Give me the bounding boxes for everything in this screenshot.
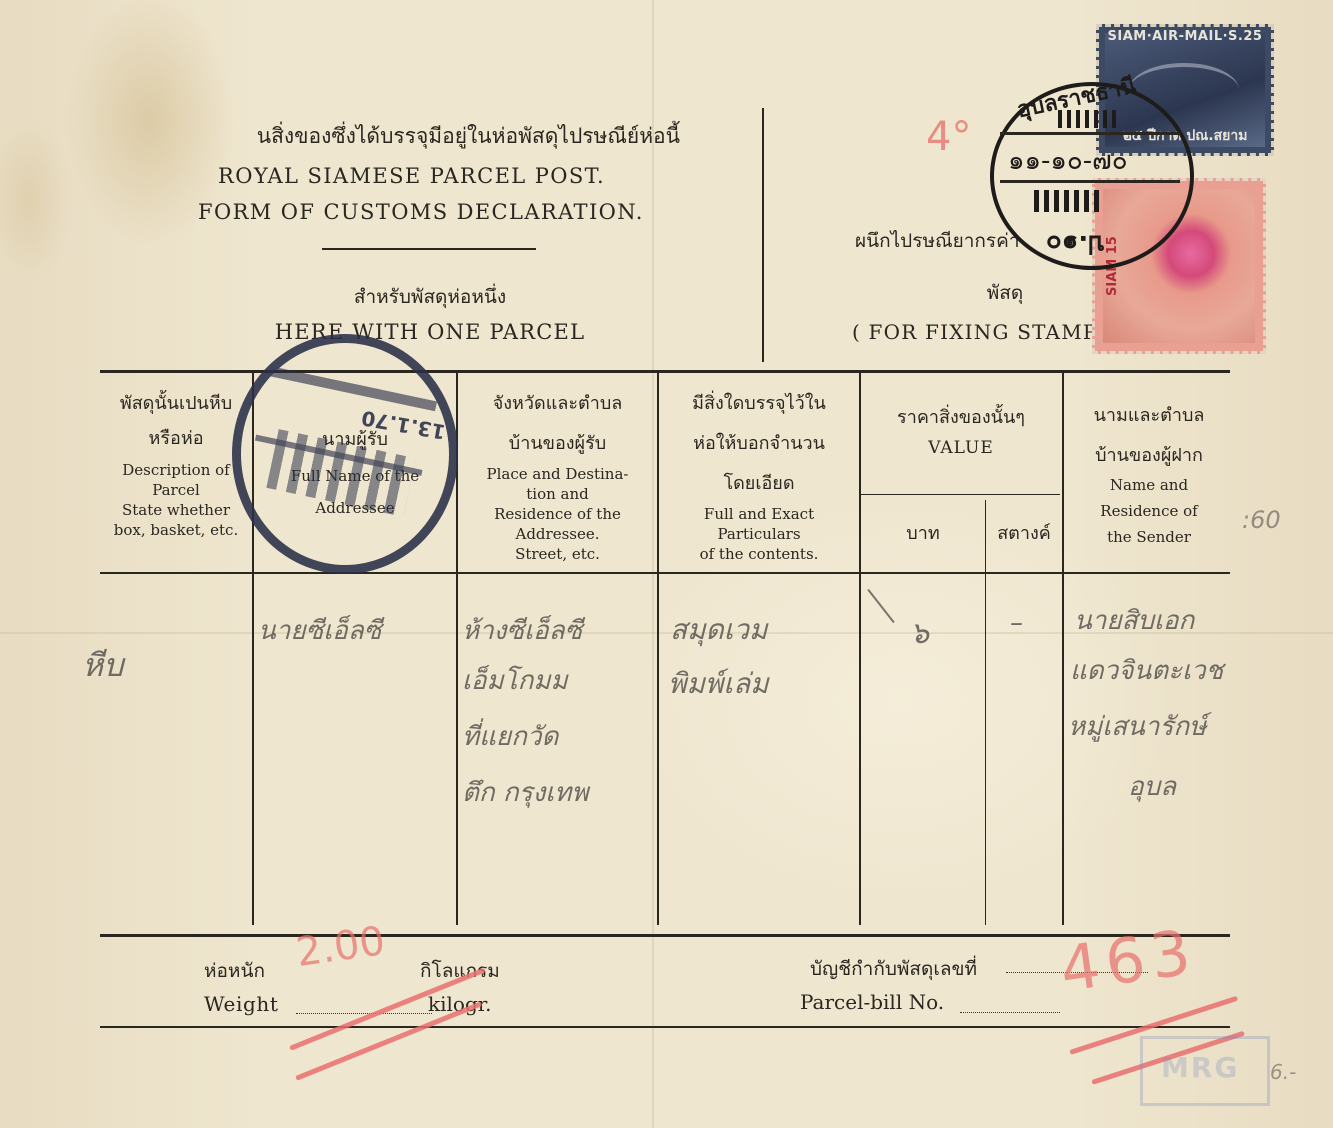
pencil-side-note: :60 (1242, 506, 1281, 534)
footer-bottom-border (100, 1026, 1230, 1028)
title-underline (322, 248, 536, 250)
title-form-of-customs-declaration: FORM OF CUSTOMS DECLARATION. (198, 200, 678, 224)
postmark-cancel-bars (1034, 190, 1104, 212)
subtitle-here-with-one-parcel: HERE WITH ONE PARCEL (230, 320, 630, 344)
parcel-bill-value: 463 (1056, 915, 1201, 1006)
airmail-seal-stamp: 13.1.70 (232, 334, 458, 574)
postmark-date: ๑๑-๑๐-๗๐ (1008, 140, 1128, 181)
stamp-area-label-thai: ผนึกไปรษณียากรค่า (855, 226, 1020, 256)
entry-addressee: นายซีเอ็ลซี (258, 610, 381, 651)
entry-sender-3: หมู่เสนารักษ์ (1068, 706, 1206, 747)
entry-destination-1: ห้างซีเอ็ลซี (462, 610, 582, 651)
entry-sender-4: อุบล (1128, 766, 1176, 807)
subtitle-thai: สำหรับพัสดุห่อหนึ่ง (240, 282, 620, 312)
parcel-bill-label-thai: บัญชีกำกับพัสดุเลขที่ (810, 954, 977, 984)
stamp-area-label-en: ( FOR FIXING STAMPS ) (852, 320, 1129, 344)
weight-label-thai: ห่อหนัก (204, 956, 265, 986)
parcel-bill-label-en: Parcel-bill No. (800, 990, 944, 1014)
entry-value-satang: – (1010, 608, 1023, 638)
header-value: ราคาสิ่งของนั้นๆ VALUE (861, 398, 1061, 458)
column-divider-sub (985, 500, 986, 925)
red-pencil-annotation: 4° (926, 114, 971, 160)
entry-destination-2: เอ็มโกมม (462, 660, 568, 701)
entry-sender-1: นายสิบเอก (1074, 600, 1194, 641)
faint-box-stamp: MRG (1140, 1036, 1270, 1106)
title-thai: นสิ่งของซึ่งได้บรรจุมีอยู่ในห่อพัสดุไปรษ… (200, 120, 680, 153)
weight-label-en: Weight (204, 992, 278, 1016)
postmark-cancel-bars (1058, 110, 1118, 128)
header-sender: นามและตำบล บ้านของผู้ฝาก Name and Reside… (1064, 396, 1234, 550)
header-value-satang: สตางค์ (986, 524, 1062, 544)
pencil-corner-note: 6.- (1270, 1060, 1296, 1084)
entry-contents-1: สมุดเวม (670, 608, 767, 652)
box-stamp-text: MRG (1161, 1051, 1239, 1084)
postmark-bar (1000, 132, 1180, 135)
header-destination: จังหวัดและตำบล บ้านของผู้รับ Place and D… (458, 384, 657, 564)
title-royal-siamese-parcel-post: ROYAL SIAMESE PARCEL POST. (218, 164, 678, 188)
weight-field[interactable] (296, 1013, 432, 1014)
top-divider (762, 108, 764, 362)
entry-value-baht: ๖ (910, 610, 929, 657)
weight-value: 2.00 (293, 918, 388, 976)
header-contents: มีสิ่งใดบรรจุไว้ใน ห่อให้บอกจำนวน โดยเอี… (659, 384, 859, 564)
airmail-stamp-top-text: SIAM·AIR-MAIL·S.25 (1099, 29, 1271, 44)
entry-description: หีบ (82, 640, 123, 691)
entry-contents-2: พิมพ์เล่ม (668, 662, 769, 706)
entry-sender-2: แดวจินตะเวช (1070, 650, 1223, 691)
header-description: พัสดุนั้นเปนหีบ หรือห่อ Description of P… (100, 384, 252, 540)
parcel-bill-field-en[interactable] (960, 1012, 1060, 1013)
value-split-line (860, 494, 1060, 495)
header-value-baht: บาท (861, 524, 985, 544)
entry-value-tick (867, 589, 894, 623)
entry-destination-4: ตึก กรุงเทพ (462, 772, 588, 813)
postmark-office: ป.๑๐ (1046, 224, 1105, 265)
stamp-area-label-thai-2: พัสดุ (960, 278, 1050, 308)
table-header-bottom (100, 572, 1230, 574)
entry-destination-3: ที่แยกวัด (462, 716, 558, 757)
